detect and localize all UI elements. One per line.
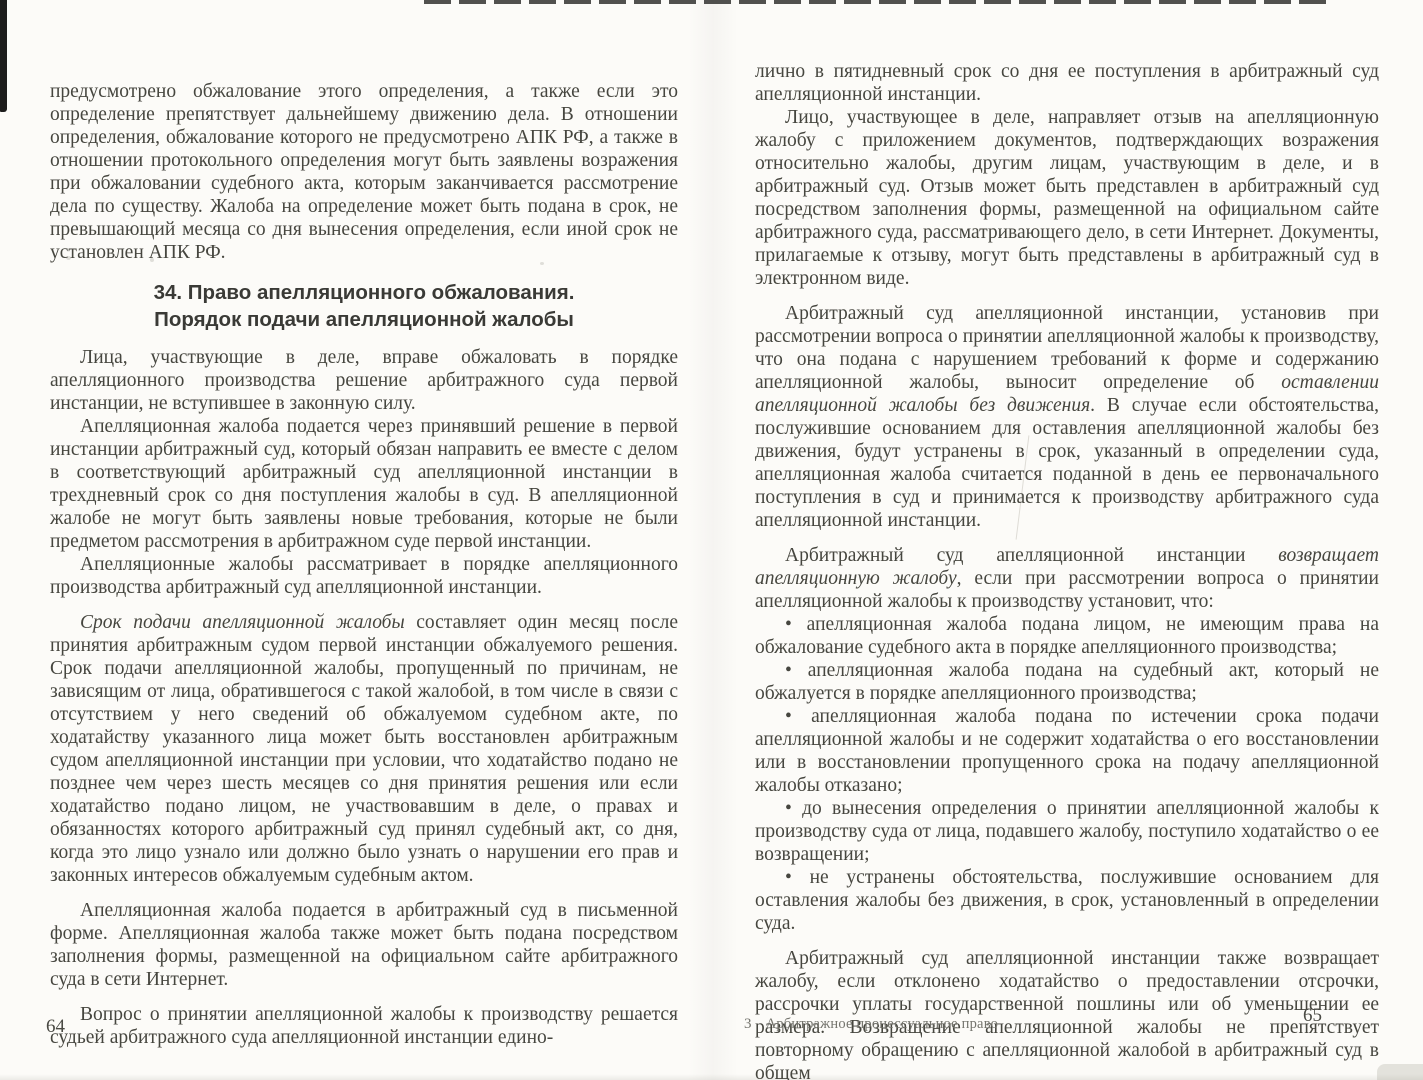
text-run: • до вынесения определения о принятии ап… — [755, 798, 1379, 865]
page-right-text-column: лично в пятидневный срок со дня ее посту… — [755, 60, 1379, 1080]
page-number-right: 65 — [1303, 1005, 1322, 1027]
italic-text-run: Срок подачи апелляционной жалобы — [80, 612, 405, 633]
bullet-item: • апелляционная жалоба подана лицом, не … — [755, 613, 1379, 659]
page-left-text-column: предусмотрено обжалование этого определе… — [50, 80, 678, 1049]
page-gutter-shadow — [688, 0, 738, 1080]
text-run: Апелляционная жалоба подается через прин… — [50, 416, 678, 552]
paragraph: Арбитражный суд апелляционной инстанции,… — [755, 302, 1379, 532]
text-run: • апелляционная жалоба подана по истечен… — [755, 706, 1379, 796]
text-run: лично в пятидневный срок со дня ее посту… — [755, 61, 1379, 105]
running-footer: 3Арбитражное процессуальное право — [744, 1016, 998, 1033]
text-run: предусмотрено обжалование этого определе… — [50, 81, 678, 263]
bullet-item: • до вынесения определения о принятии ап… — [755, 797, 1379, 866]
paragraph: Срок подачи апелляционной жалобы составл… — [50, 611, 678, 887]
paragraph: Апелляционные жалобы рассматривает в пор… — [50, 553, 678, 599]
text-run: Арбитражный суд апелляционной инстанции … — [755, 948, 1379, 1080]
section-heading: 34. Право апелляционного обжалования.Пор… — [50, 279, 678, 333]
footer-signature-mark: 3 — [744, 1016, 752, 1032]
paragraph: Апелляционная жалоба подается в арбитраж… — [50, 899, 678, 991]
paragraph: лично в пятидневный срок со дня ее посту… — [755, 60, 1379, 106]
text-run: Лица, участвующие в деле, вправе обжалов… — [50, 347, 678, 414]
paragraph: Апелляционная жалоба подается через прин… — [50, 415, 678, 553]
text-run: • не устранены обстоятельства, послуживш… — [755, 867, 1379, 934]
text-run: • апелляционная жалоба подана на судебны… — [755, 660, 1379, 704]
text-run: • апелляционная жалоба подана лицом, не … — [755, 614, 1379, 658]
scan-top-edge-line — [424, 0, 1326, 4]
bullet-item: • не устранены обстоятельства, послуживш… — [755, 866, 1379, 935]
book-scan: предусмотрено обжалование этого определе… — [0, 0, 1423, 1080]
section-heading-line: 34. Право апелляционного обжалования. — [50, 279, 678, 306]
text-run: Вопрос о принятии апелляционной жалобы к… — [50, 1004, 678, 1048]
page-number-left: 64 — [46, 1016, 65, 1038]
paragraph: Вопрос о принятии апелляционной жалобы к… — [50, 1003, 678, 1049]
text-run: Лицо, участвующее в деле, направляет отз… — [755, 107, 1379, 289]
paragraph: Лица, участвующие в деле, вправе обжалов… — [50, 346, 678, 415]
bullet-item: • апелляционная жалоба подана на судебны… — [755, 659, 1379, 705]
paragraph: Лицо, участвующее в деле, направляет отз… — [755, 106, 1379, 290]
text-run: составляет один месяц после принятия арб… — [50, 612, 678, 886]
text-run: Арбитражный суд апелляционной инстанции — [785, 545, 1278, 566]
text-run: Апелляционные жалобы рассматривает в пор… — [50, 554, 678, 598]
paragraph: предусмотрено обжалование этого определе… — [50, 80, 678, 264]
footer-title: Арбитражное процессуальное право — [766, 1016, 998, 1032]
bullet-item: • апелляционная жалоба подана по истечен… — [755, 705, 1379, 797]
paragraph: Арбитражный суд апелляционной инстанции … — [755, 544, 1379, 613]
paragraph: Арбитражный суд апелляционной инстанции … — [755, 947, 1379, 1080]
scan-edge-mark — [0, 0, 7, 112]
section-heading-line: Порядок подачи апелляционной жалобы — [50, 306, 678, 333]
text-run: Апелляционная жалоба подается в арбитраж… — [50, 900, 678, 990]
